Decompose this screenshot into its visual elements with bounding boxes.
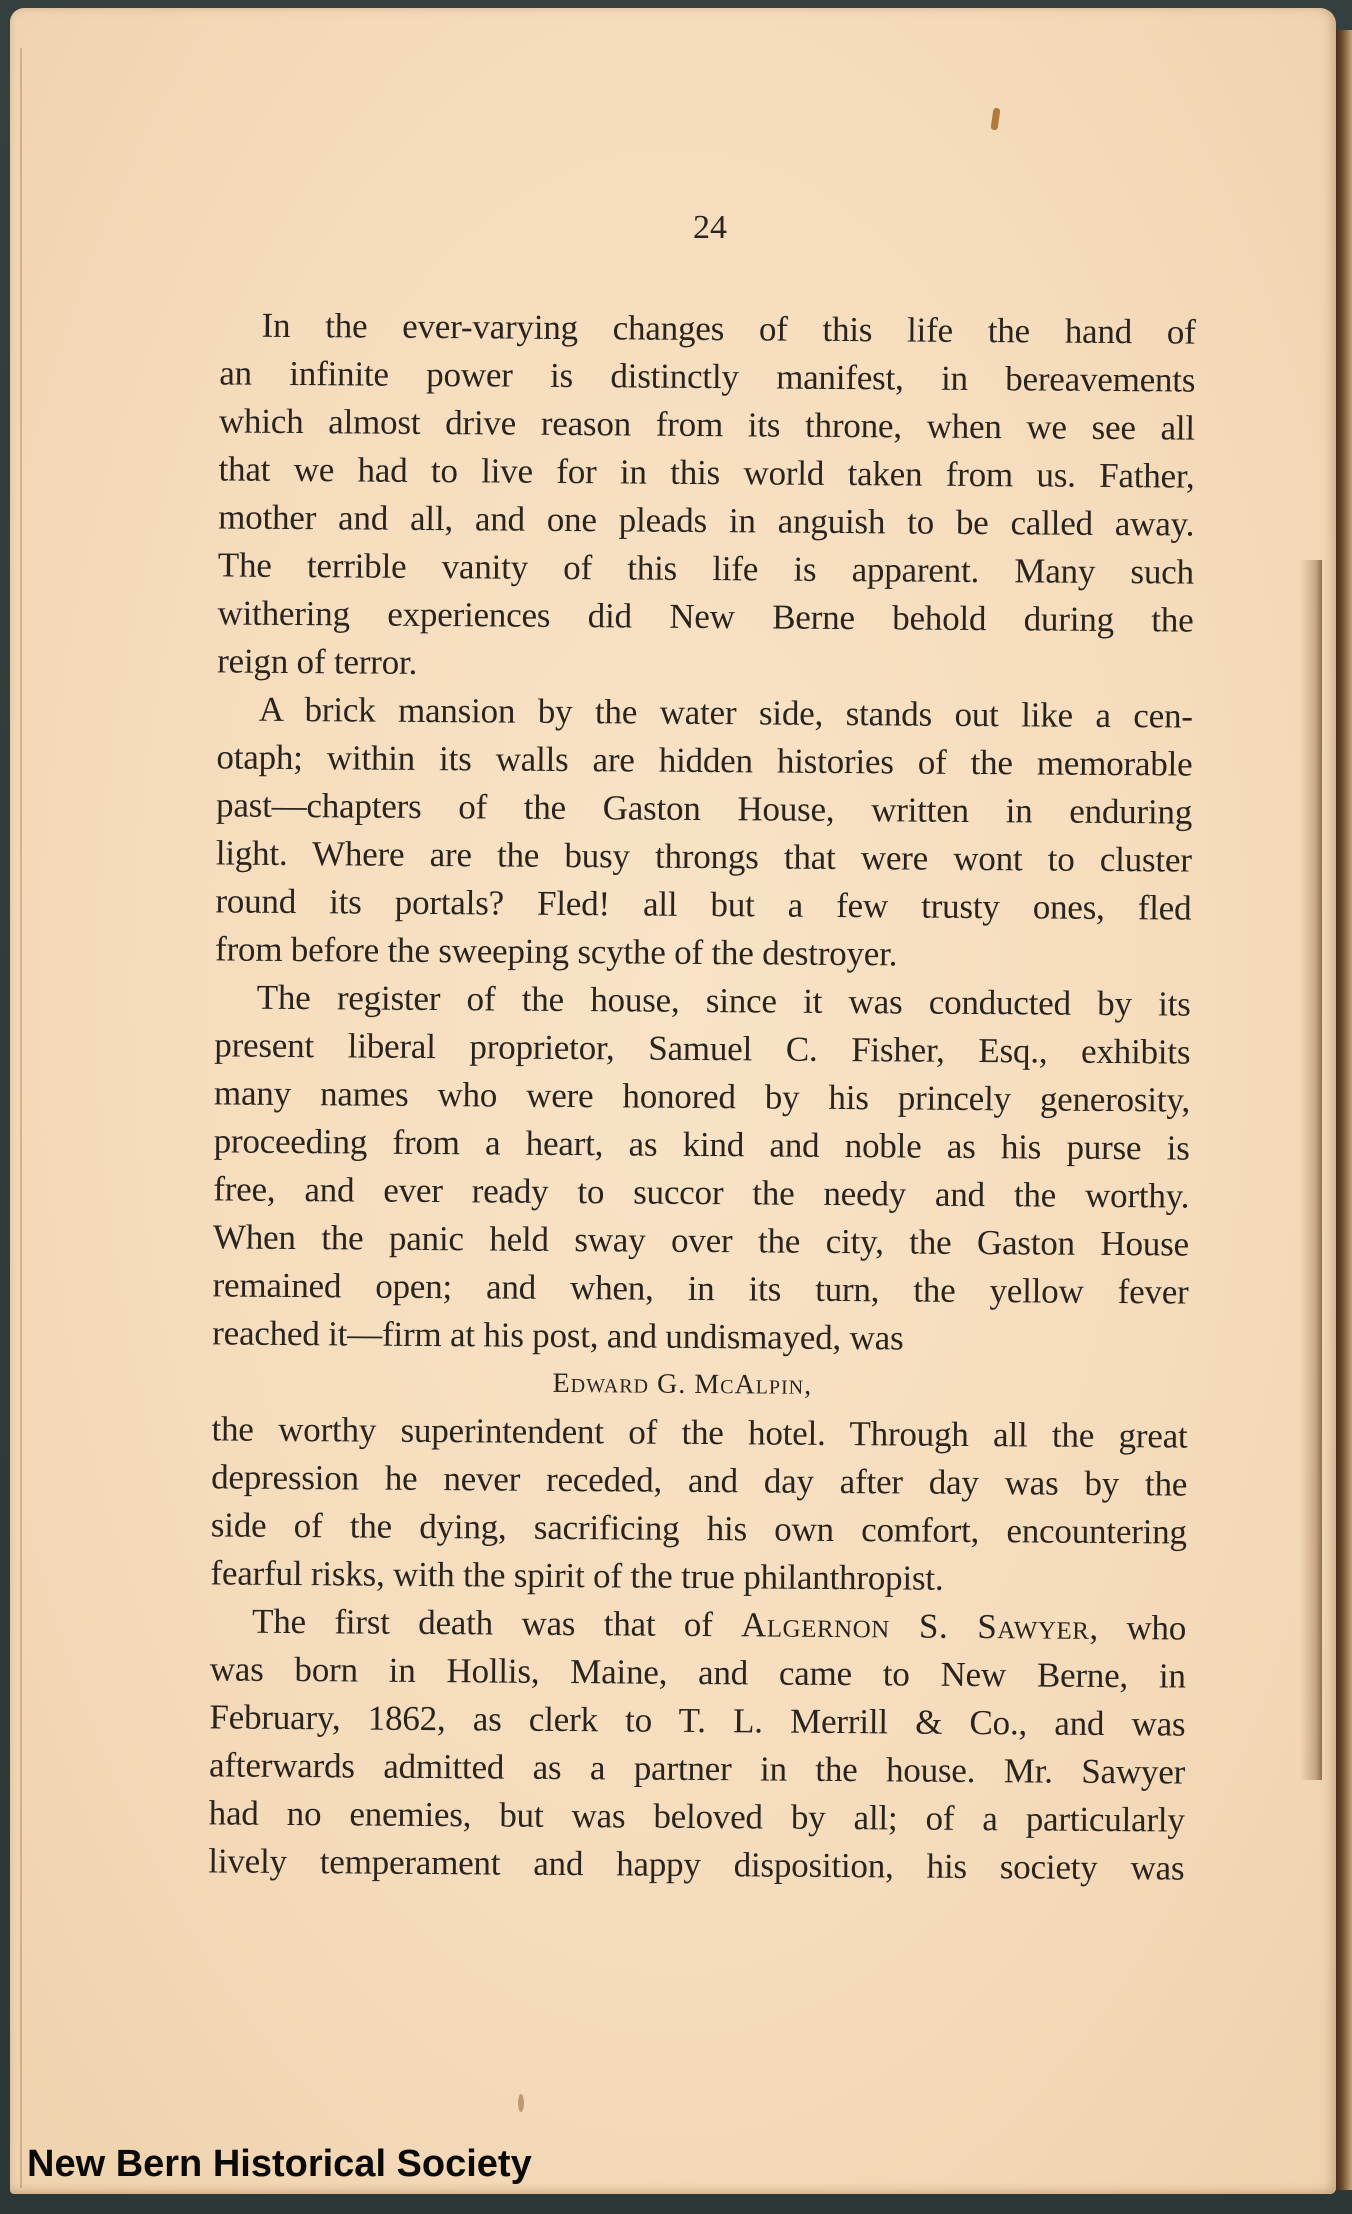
text-line: from before the sweeping scythe of the d… xyxy=(215,925,1191,980)
text-line: When the panic held sway over the city, … xyxy=(213,1213,1189,1268)
text-line: that we had to live for in this world ta… xyxy=(218,445,1194,500)
name-comma: , xyxy=(804,1370,811,1401)
text-line: present liberal proprietor, Samuel C. Fi… xyxy=(214,1021,1190,1076)
text-line: reached it—firm at his post, and undisma… xyxy=(212,1309,1188,1364)
text-line: February, 1862, as clerk to T. L. Merril… xyxy=(209,1693,1185,1748)
text-line: proceeding from a heart, as kind and nob… xyxy=(213,1117,1189,1172)
text-line: In the ever-varying changes of this life… xyxy=(219,301,1195,356)
text-line: many names who were honored by his princ… xyxy=(214,1069,1190,1124)
text-line: afterwards admitted as a partner in the … xyxy=(209,1741,1185,1796)
text-line: had no enemies, but was beloved by all; … xyxy=(209,1789,1185,1844)
name-small-caps: Edward G. McAlpin xyxy=(553,1368,805,1401)
text-line: was born in Hollis, Maine, and came to N… xyxy=(210,1645,1186,1700)
person-name-small-caps: Algernon S. Sawyer xyxy=(741,1605,1090,1647)
text-line: which almost drive reason from its thron… xyxy=(219,397,1195,452)
text-line: A brick mansion by the water side, stand… xyxy=(217,685,1193,740)
text-line: otaph; within its walls are hidden histo… xyxy=(216,733,1192,788)
body-text: In the ever-varying changes of this life… xyxy=(208,301,1196,1892)
page-fold-shadow xyxy=(1300,560,1322,1780)
text-line: reign of terror. xyxy=(217,637,1193,692)
text-line: past—chapters of the Gaston House, writt… xyxy=(216,781,1192,836)
watermark-new-bern-historical-society: New Bern Historical Society xyxy=(27,2141,532,2187)
text-line: The register of the house, since it was … xyxy=(215,973,1191,1028)
text-line: lively temperament and happy disposition… xyxy=(208,1837,1184,1892)
text-segment: , who xyxy=(1089,1608,1186,1648)
text-line: The first death was that of Algernon S. … xyxy=(210,1597,1186,1652)
text-line: free, and ever ready to succor the needy… xyxy=(213,1165,1189,1220)
text-line: side of the dying, sacrificing his own c… xyxy=(211,1501,1187,1556)
text-segment: The first death was that of xyxy=(252,1602,741,1645)
text-line: fearful risks, with the spirit of the tr… xyxy=(210,1549,1186,1604)
superintendent-name: Edward G. McAlpin, xyxy=(212,1357,1188,1412)
page-number: 24 xyxy=(650,208,770,248)
text-line: mother and all, and one pleads in anguis… xyxy=(218,493,1194,548)
text-line: remained open; and when, in its turn, th… xyxy=(212,1261,1188,1316)
page-edge-line xyxy=(20,48,22,2188)
text-line: the worthy superintendent of the hotel. … xyxy=(211,1405,1187,1460)
text-line: light. Where are the busy throngs that w… xyxy=(216,829,1192,884)
paper-stain xyxy=(518,2094,524,2112)
text-line: round its portals? Fled! all but a few t… xyxy=(215,877,1191,932)
text-line: depression he never receded, and day aft… xyxy=(211,1453,1187,1508)
text-line: The terrible vanity of this life is appa… xyxy=(218,541,1194,596)
text-line: withering experiences did New Berne beho… xyxy=(217,589,1193,644)
text-line: an infinite power is distinctly manifest… xyxy=(219,349,1195,404)
